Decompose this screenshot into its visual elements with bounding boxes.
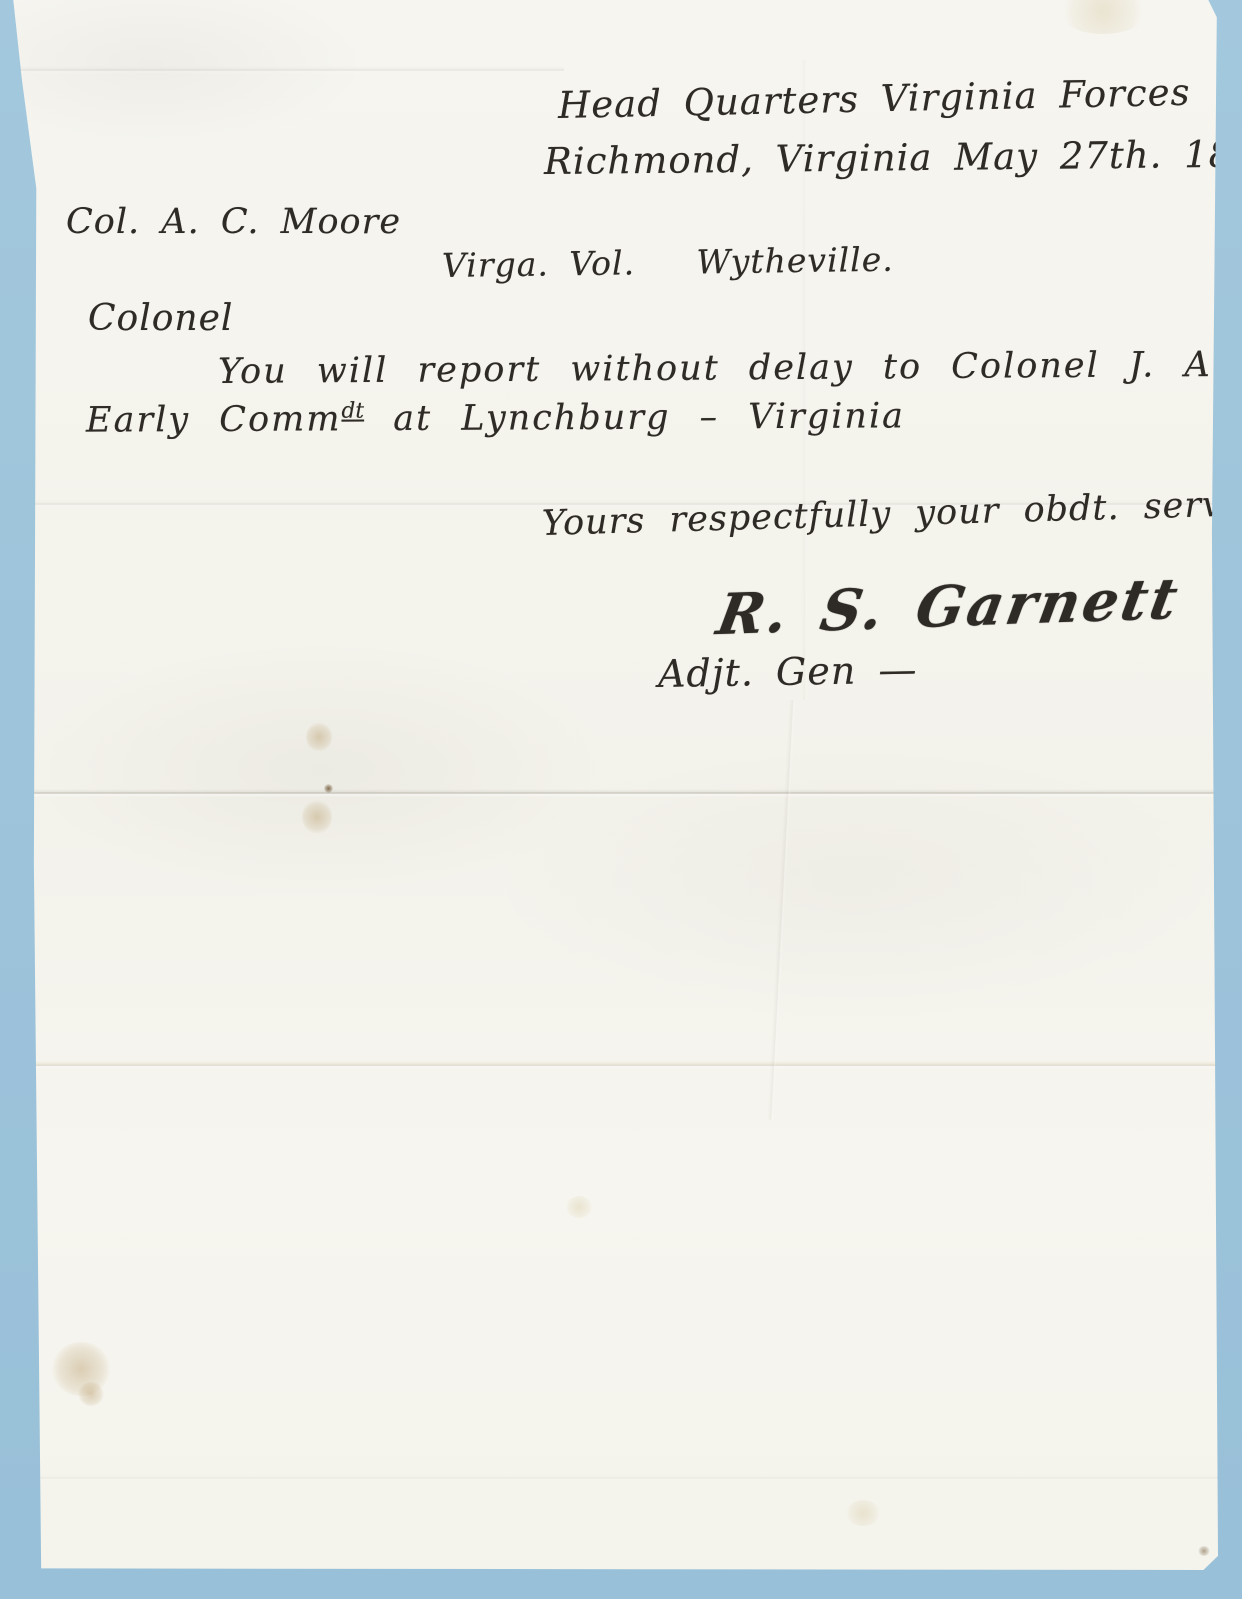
heading-line: Head Quarters Virginia Forces bbox=[558, 71, 1191, 127]
stain bbox=[566, 1196, 592, 1218]
dateline: Richmond, Virginia May 27th. 1861 bbox=[544, 132, 1242, 183]
scanned-letter-photo: Head Quarters Virginia Forces Richmond, … bbox=[0, 0, 1242, 1599]
stain bbox=[78, 1382, 104, 1406]
stain bbox=[306, 722, 332, 752]
fold-crease-vertical bbox=[767, 700, 796, 1120]
addressee-name: Col. A. C. Moore bbox=[66, 202, 401, 242]
stain bbox=[302, 800, 332, 834]
body-line-2-superscript: dt bbox=[341, 399, 364, 424]
stain bbox=[1198, 1546, 1210, 1556]
fold-crease-lower bbox=[6, 1061, 1218, 1069]
body-line-1: You will report without delay to Colonel… bbox=[218, 345, 1225, 392]
stain bbox=[846, 1500, 880, 1526]
complimentary-closing: Yours respectfully your obdt. servt bbox=[541, 485, 1238, 544]
body-line-2-continuation: at Lynchburg – Virginia bbox=[364, 396, 905, 439]
stain bbox=[324, 784, 333, 793]
signer-title: Adjt. Gen — bbox=[658, 647, 918, 696]
salutation: Colonel bbox=[88, 298, 233, 339]
addressee-unit-location: Virga. Vol. Wytheville. bbox=[442, 240, 894, 285]
fold-crease-middle bbox=[6, 789, 1218, 797]
body-line-2-text: Early Comm bbox=[86, 399, 342, 440]
letter-paper: Head Quarters Virginia Forces Richmond, … bbox=[6, 0, 1218, 1570]
body-line-2: Early Commdt at Lynchburg – Virginia bbox=[86, 396, 905, 441]
stain bbox=[1058, 0, 1148, 34]
fold-crease-bottom bbox=[6, 1474, 1218, 1482]
fold-crease-top bbox=[6, 66, 564, 74]
signature: R. S. Garnett bbox=[712, 566, 1185, 649]
